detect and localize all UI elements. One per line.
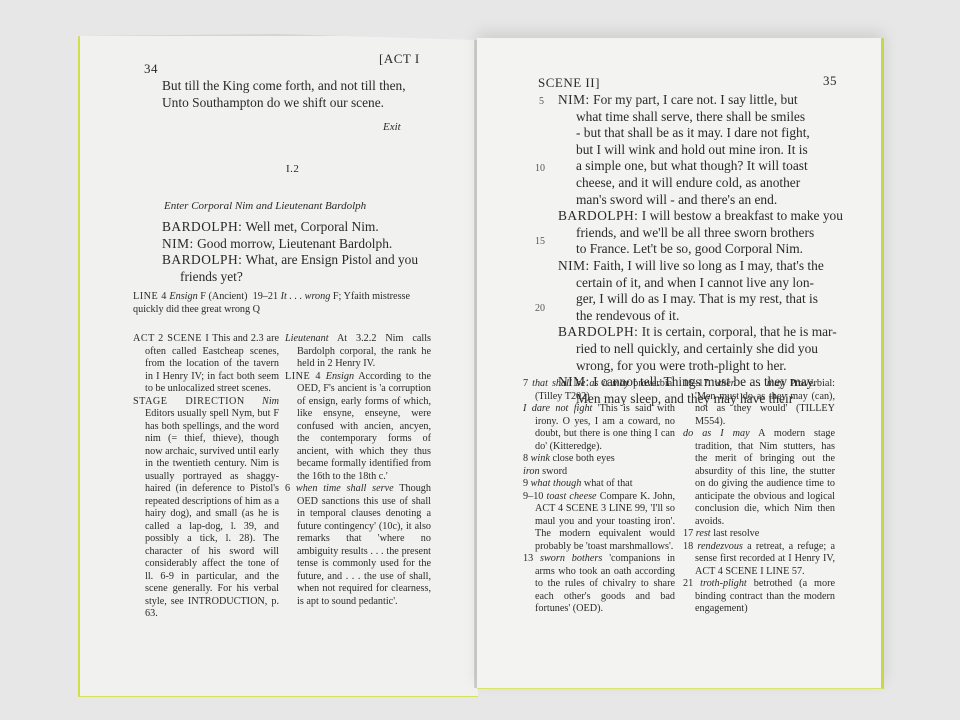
commentary-note: Lieutenant At 3.2.2 Nim calls Bardolph c…: [285, 333, 431, 371]
open-book: 34 [ACT I But till the King come forth, …: [0, 0, 960, 720]
commentary-note: 18 rendezvous a retreat, a refuge; a sen…: [683, 541, 835, 579]
right-page: SCENE II] 35 5 10 15 20 NIM: For my part…: [477, 38, 884, 689]
commentary-note: 9–10 toast cheese Compare K. John, ACT 4…: [523, 491, 675, 554]
stage-exit: Exit: [383, 121, 401, 133]
commentary-note: I dare not fight 'This is said with iron…: [523, 403, 675, 453]
page-number: 35: [823, 73, 837, 89]
running-head: SCENE II]: [538, 75, 600, 91]
line-number: 15: [535, 236, 545, 247]
line-number: 20: [535, 303, 545, 314]
commentary-note: ACT 2 SCENE I This and 2.3 are often cal…: [133, 333, 279, 396]
commentary-column-2: Lieutenant At 3.2.2 Nim calls Bardolph c…: [285, 333, 431, 608]
speech: What, are Ensign Pistol and you: [246, 252, 419, 267]
commentary-note: 8 wink close both eyes: [523, 453, 675, 466]
dialogue-block: NIM: For my part, I care not. I say litt…: [558, 92, 843, 407]
speaker: BARDOLPH:: [558, 208, 638, 223]
commentary-note: 21 troth-plight betrothed (a more bindin…: [683, 578, 835, 616]
commentary-column-1: ACT 2 SCENE I This and 2.3 are often cal…: [133, 333, 279, 621]
speaker: BARDOLPH:: [558, 324, 638, 339]
stage-direction: Enter Corporal Nim and Lieutenant Bardol…: [164, 200, 366, 212]
commentary-note: 17 rest last resolve: [683, 528, 835, 541]
speaker: BARDOLPH:: [162, 252, 242, 267]
verse-line: But till the King come forth, and not ti…: [162, 78, 406, 95]
commentary-note: 16–17 when . . . may Proverbial: 'Men mu…: [683, 378, 835, 428]
speech-continuation: friends yet?: [162, 269, 418, 286]
speaker: NIM:: [162, 236, 194, 251]
commentary-note: 13 sworn bothers 'companions in arms who…: [523, 553, 675, 616]
commentary-note: 6 when time shall serve Though OED sanct…: [285, 483, 431, 608]
textual-notes: LINE 4 Ensign F (Ancient) 19–21 It . . .…: [133, 291, 468, 316]
commentary-note: iron sword: [523, 466, 675, 479]
speech: Good morrow, Lieutenant Bardolph.: [197, 236, 392, 251]
commentary-note: 7 that shall be as it may proverbial (Ti…: [523, 378, 675, 403]
speech: Well met, Corporal Nim.: [246, 219, 379, 234]
commentary-note: 9 what though what of that: [523, 478, 675, 491]
commentary-column-2: 16–17 when . . . may Proverbial: 'Men mu…: [683, 378, 835, 616]
commentary-note: LINE 4 Ensign According to the OED, F's …: [285, 371, 431, 484]
page-number: 34: [144, 61, 158, 77]
speaker: NIM:: [558, 92, 590, 107]
speaker: BARDOLPH:: [162, 219, 242, 234]
verse-block: But till the King come forth, and not ti…: [162, 78, 406, 111]
line-number: 5: [539, 96, 544, 107]
commentary-note: STAGE DIRECTION Nim Editors usually spel…: [133, 396, 279, 621]
commentary-note: do as I may A modern stage tradition, th…: [683, 428, 835, 528]
line-number: 10: [535, 163, 545, 174]
speaker: NIM:: [558, 258, 590, 273]
scene-heading: I.2: [286, 163, 299, 175]
running-head: [ACT I: [379, 51, 420, 67]
commentary-column-1: 7 that shall be as it may proverbial (Ti…: [523, 378, 675, 616]
left-page: 34 [ACT I But till the King come forth, …: [78, 36, 478, 697]
dialogue-block: BARDOLPH: Well met, Corporal Nim. NIM: G…: [162, 219, 418, 285]
verse-line: Unto Southampton do we shift our scene.: [162, 95, 406, 112]
